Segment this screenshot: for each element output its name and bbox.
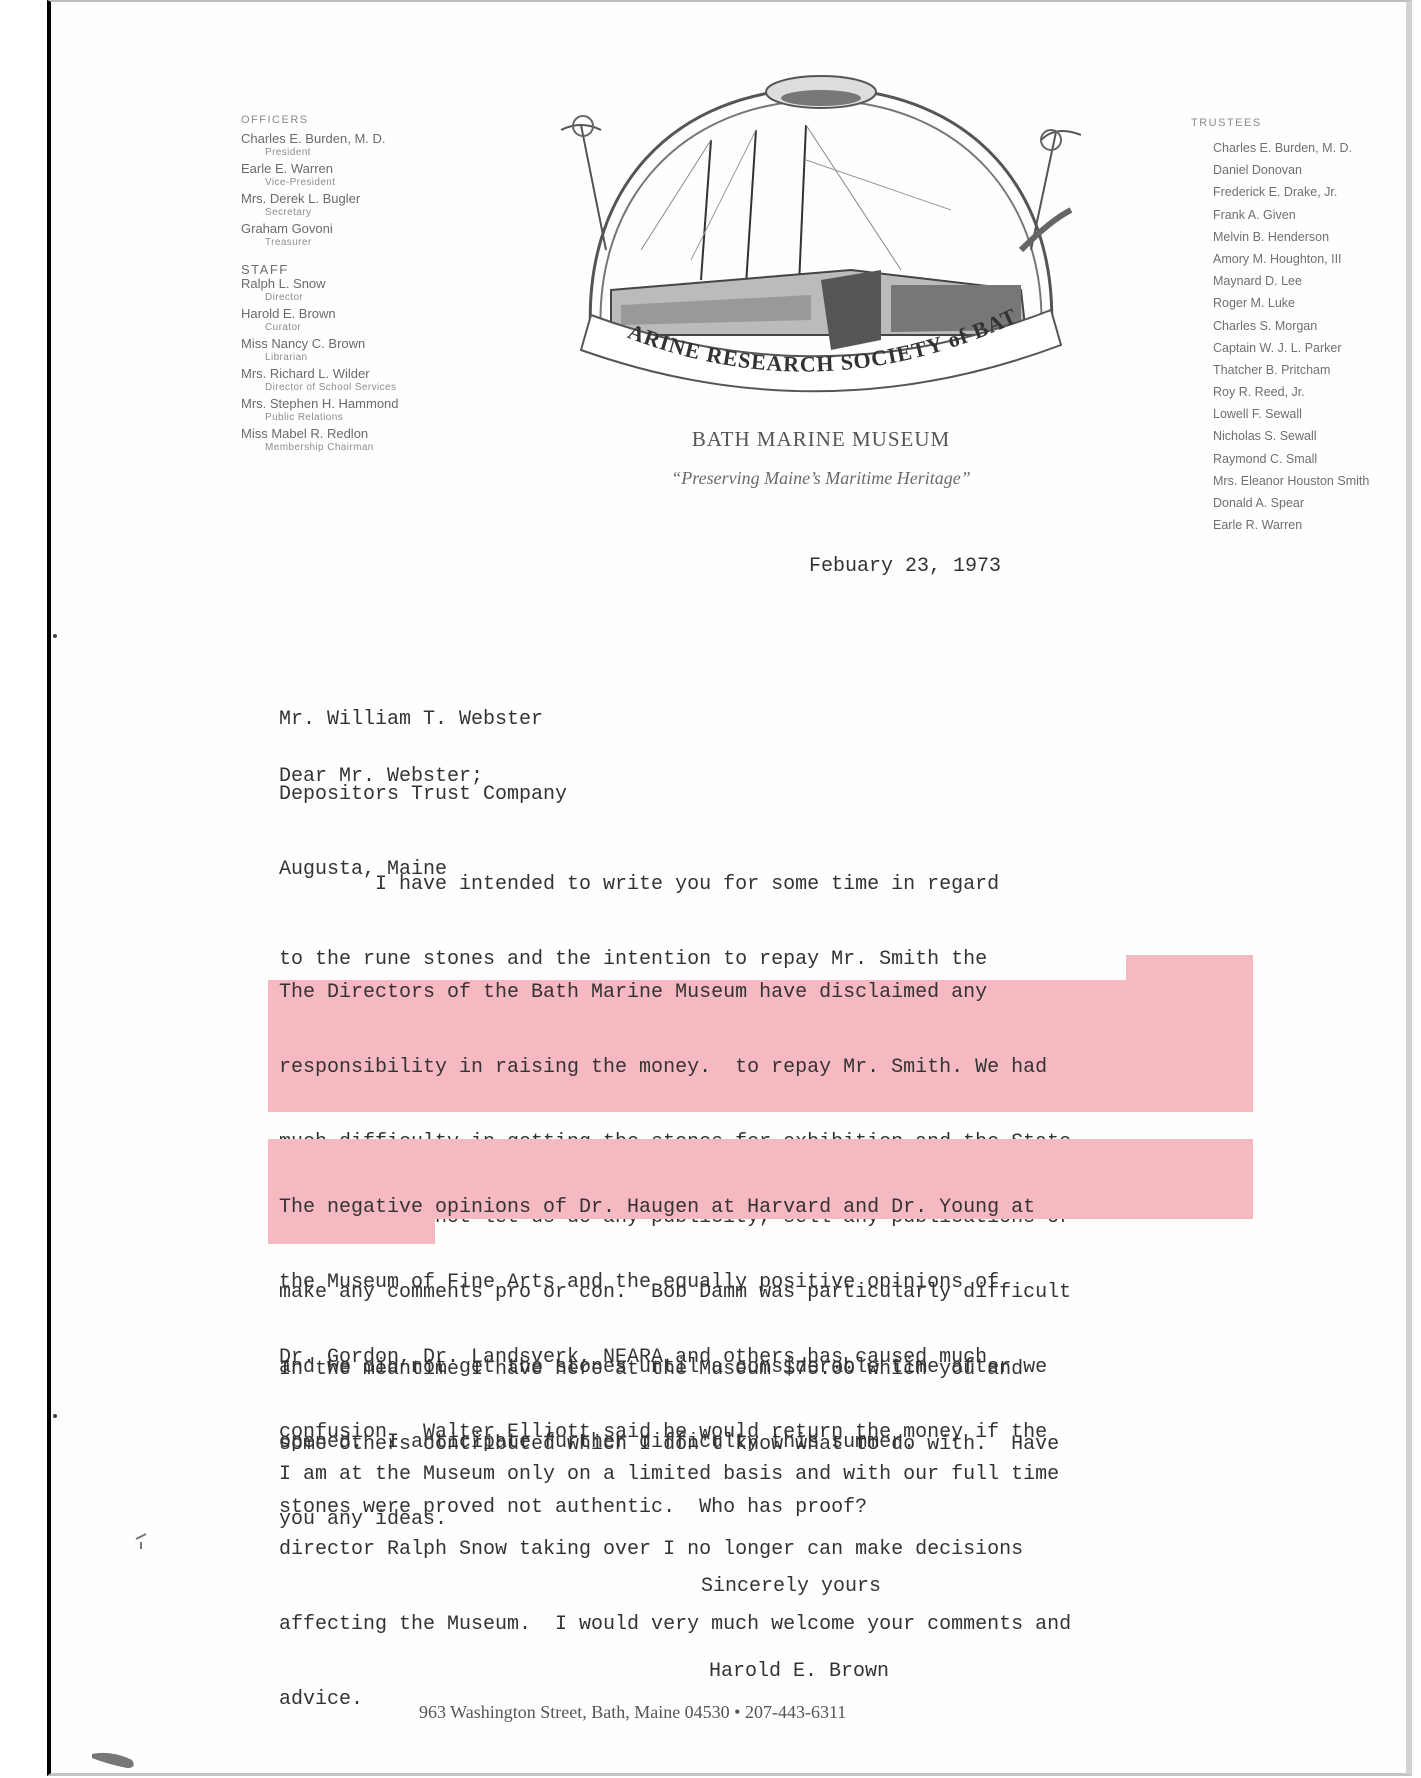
trustee-entry: Donald A. Spear — [1191, 496, 1421, 518]
person-name: Graham Govoni — [241, 222, 501, 238]
trustee-entry: Thatcher B. Pritcham — [1191, 363, 1421, 385]
officers-list: Charles E. Burden, M. D.PresidentEarle E… — [241, 132, 501, 252]
museum-motto: “Preserving Maine’s Maritime Heritage” — [571, 468, 1071, 489]
staff-entry: Miss Nancy C. BrownLibrarian — [241, 337, 501, 367]
recipient-line: Mr. William T. Webster — [279, 707, 1259, 732]
trustees-heading: TRUSTEES — [1191, 117, 1421, 129]
marine-research-society-logo: MARINE RESEARCH SOCIETY of BATH — [551, 70, 1091, 405]
text-line: director Ralph Snow taking over I no lon… — [279, 1537, 1259, 1562]
person-name: Harold E. Brown — [241, 307, 501, 323]
trustee-entry: Maynard D. Lee — [1191, 274, 1421, 296]
highlighted-text: the Museum of Fine Arts and the equally … — [279, 1270, 1259, 1295]
pen-mark — [131, 1524, 161, 1554]
trustee-entry: Mrs. Eleanor Houston Smith — [1191, 474, 1421, 496]
person-name: Mrs. Derek L. Bugler — [241, 192, 501, 208]
trustee-entry: Frederick E. Drake, Jr. — [1191, 185, 1421, 207]
trustee-entry: Lowell F. Sewall — [1191, 407, 1421, 429]
officer-entry: Graham GovoniTreasurer — [241, 222, 501, 252]
margin-mark — [53, 634, 57, 638]
trustee-entry: Nicholas S. Sewall — [1191, 429, 1421, 451]
salutation: Dear Mr. Webster; — [279, 765, 1259, 788]
officers-heading: OFFICERS — [241, 114, 501, 126]
trustee-entry: Daniel Donovan — [1191, 163, 1421, 185]
trustees-column: TRUSTEES Charles E. Burden, M. D.Daniel … — [1191, 117, 1421, 540]
trustee-entry: Amory M. Houghton, III — [1191, 252, 1421, 274]
person-role: Secretary — [241, 208, 501, 222]
person-role: Membership Chairman — [241, 443, 501, 457]
trustee-entry: Captain W. J. L. Parker — [1191, 341, 1421, 363]
staff-entry: Harold E. BrownCurator — [241, 307, 501, 337]
trustee-entry: Melvin B. Henderson — [1191, 230, 1421, 252]
officer-entry: Charles E. Burden, M. D.President — [241, 132, 501, 162]
trustee-entry: Frank A. Given — [1191, 208, 1421, 230]
person-name: Ralph L. Snow — [241, 277, 501, 293]
person-role: President — [241, 148, 501, 162]
text-line: The Directors of the Bath Marine Museum … — [279, 980, 1259, 1005]
person-name: Mrs. Stephen H. Hammond — [241, 397, 501, 413]
staff-entry: Mrs. Richard L. WilderDirector of School… — [241, 367, 501, 397]
text-line: responsibility in raising the money. to … — [279, 1055, 1259, 1080]
trustee-entry: Roger M. Luke — [1191, 296, 1421, 318]
person-name: Miss Nancy C. Brown — [241, 337, 501, 353]
closing: Sincerely yours — [701, 1575, 881, 1598]
person-name: Miss Mabel R. Redlon — [241, 427, 501, 443]
trustee-entry: Roy R. Reed, Jr. — [1191, 385, 1421, 407]
letter-date: Febuary 23, 1973 — [809, 555, 1001, 578]
letter-page: OFFICERS Charles E. Burden, M. D.Preside… — [47, 0, 1412, 1776]
text-line: In the meantime I have here at the Museu… — [279, 1357, 1259, 1382]
text-line: affecting the Museum. I would very much … — [279, 1612, 1259, 1637]
person-role: Librarian — [241, 353, 501, 367]
person-role: Director of School Services — [241, 383, 501, 397]
trustees-list: Charles E. Burden, M. D.Daniel DonovanFr… — [1191, 141, 1421, 540]
officers-column: OFFICERS Charles E. Burden, M. D.Preside… — [241, 114, 501, 457]
person-role: Treasurer — [241, 238, 501, 252]
officer-entry: Earle E. WarrenVice-President — [241, 162, 501, 192]
staff-entry: Mrs. Stephen H. HammondPublic Relations — [241, 397, 501, 427]
staff-list: Ralph L. SnowDirectorHarold E. BrownCura… — [241, 277, 501, 457]
text-line: I have intended to write you for some ti… — [279, 872, 1259, 897]
trustee-entry: Raymond C. Small — [1191, 452, 1421, 474]
text-line: I am at the Museum only on a limited bas… — [279, 1462, 1259, 1487]
staff-heading: STAFF — [241, 262, 501, 277]
person-role: Director — [241, 293, 501, 307]
person-role: Curator — [241, 323, 501, 337]
margin-mark — [53, 1414, 57, 1418]
signature: Harold E. Brown — [709, 1660, 889, 1683]
person-name: Earle E. Warren — [241, 162, 501, 178]
person-name: Charles E. Burden, M. D. — [241, 132, 501, 148]
museum-address-footer: 963 Washington Street, Bath, Maine 04530… — [419, 1702, 1069, 1723]
smudge-mark — [87, 1748, 147, 1770]
person-role: Public Relations — [241, 413, 501, 427]
trustee-entry: Charles E. Burden, M. D. — [1191, 141, 1421, 163]
trustee-entry: Earle R. Warren — [1191, 518, 1421, 540]
trustee-entry: Charles S. Morgan — [1191, 319, 1421, 341]
text-span: responsibility in raising the money. to … — [279, 1056, 975, 1079]
person-name: Mrs. Richard L. Wilder — [241, 367, 501, 383]
staff-entry: Ralph L. SnowDirector — [241, 277, 501, 307]
officer-entry: Mrs. Derek L. BuglerSecretary — [241, 192, 501, 222]
staff-entry: Miss Mabel R. RedlonMembership Chairman — [241, 427, 501, 457]
highlighted-text: The negative opinions of Dr. Haugen at H… — [279, 1195, 1259, 1220]
person-role: Vice-President — [241, 178, 501, 192]
museum-name: BATH MARINE MUSEUM — [591, 427, 1051, 452]
highlighted-text: We had — [975, 1056, 1047, 1079]
